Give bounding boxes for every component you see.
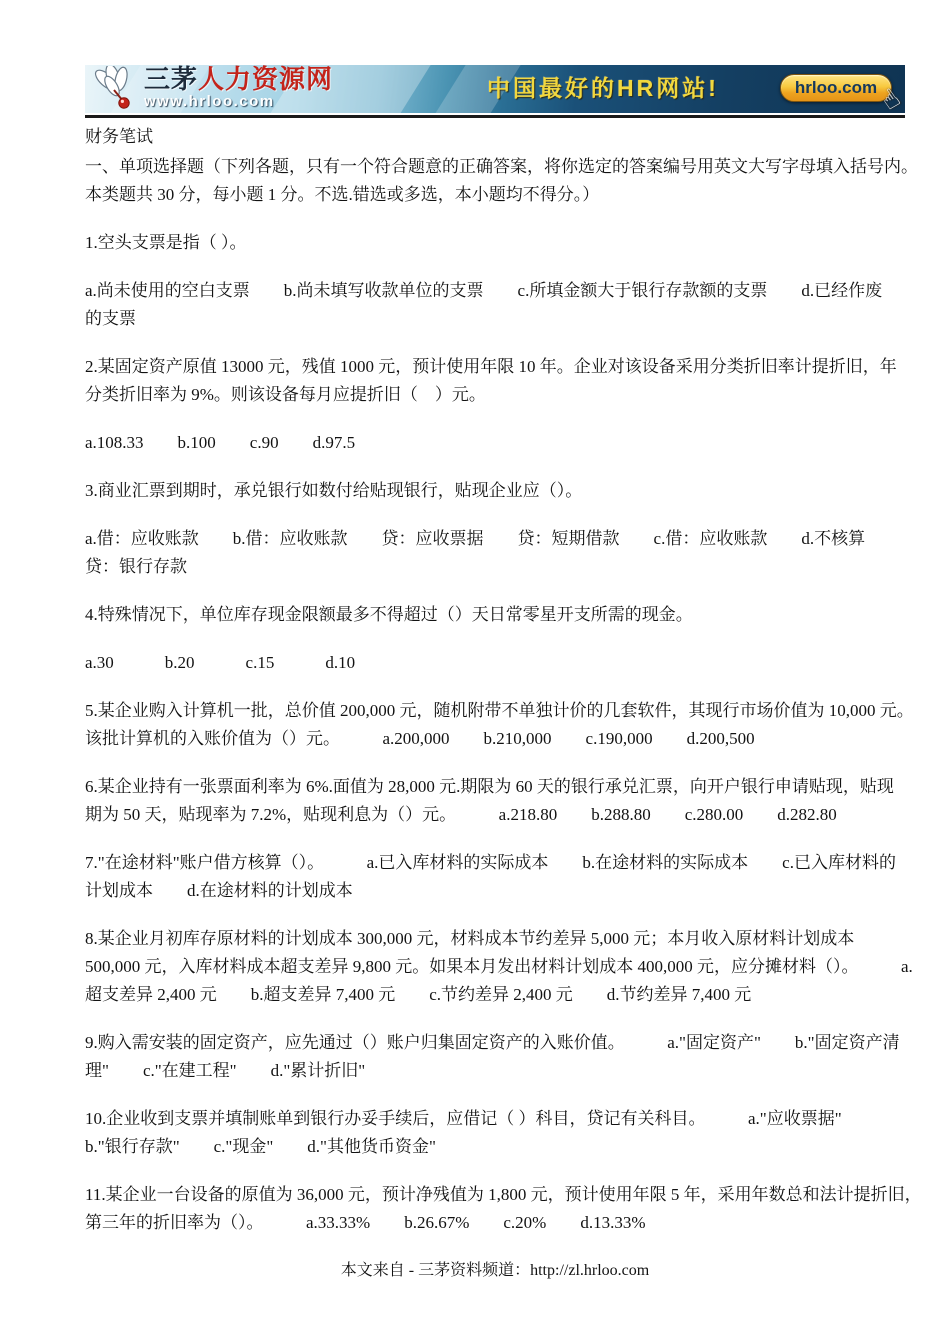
text-line: 期为 50 天，贴现率为 7.2%，贴现利息为（）元。 a.218.80 b.2… bbox=[85, 801, 905, 829]
text-line: 贷：银行存款 bbox=[85, 553, 905, 581]
doc-footer: 本文来自 - 三茅资料频道：http://zl.hrloo.com bbox=[85, 1257, 905, 1285]
text-line: 财务笔试 bbox=[85, 123, 905, 151]
doc-title: 财务笔试 bbox=[85, 123, 905, 151]
text-line: 该批计算机的入账价值为（）元。 a.200,000 b.210,000 c.19… bbox=[85, 725, 905, 753]
question-3-text: 3.商业汇票到期时，承兑银行如数付给贴现银行，贴现企业应（）。 bbox=[85, 477, 905, 505]
text-line: 3.商业汇票到期时，承兑银行如数付给贴现银行，贴现企业应（）。 bbox=[85, 477, 905, 505]
text-line: 1.空头支票是指（ ）。 bbox=[85, 229, 905, 257]
text-line: 计划成本 d.在途材料的计划成本 bbox=[85, 877, 905, 905]
text-line: 的支票 bbox=[85, 305, 905, 333]
question-9-text: 9.购入需安装的固定资产，应先通过（）账户归集固定资产的入账价值。 a."固定资… bbox=[85, 1029, 905, 1085]
question-10-text: 10.企业收到支票并填制账单到银行办妥手续后，应借记（ ）科目，贷记有关科目。 … bbox=[85, 1105, 905, 1161]
hand-pointer-icon: ☝ bbox=[877, 85, 905, 113]
text-line: a.30 b.20 c.15 d.10 bbox=[85, 649, 905, 677]
header-banner[interactable]: 三茅人力资源网 www.hrloo.com 中国最好的HR网站! hrloo.c… bbox=[85, 65, 905, 113]
question-1-text: 1.空头支票是指（ ）。 bbox=[85, 229, 905, 257]
document-page: 三茅人力资源网 www.hrloo.com 中国最好的HR网站! hrloo.c… bbox=[0, 0, 950, 1285]
question-6-text: 6.某企业持有一张票面利率为 6%.面值为 28,000 元.期限为 60 天的… bbox=[85, 773, 905, 829]
question-5-text: 5.某企业购入计算机一批，总价值 200,000 元，随机附带不单独计价的几套软… bbox=[85, 697, 905, 753]
text-line: 6.某企业持有一张票面利率为 6%.面值为 28,000 元.期限为 60 天的… bbox=[85, 773, 905, 801]
question-4-text: 4.特殊情况下，单位库存现金限额最多不得超过（）天日常零星开支所需的现金。 bbox=[85, 601, 905, 629]
question-7-text: 7."在途材料"账户借方核算（）。 a.已入库材料的实际成本 b.在途材料的实际… bbox=[85, 849, 905, 905]
text-line: 5.某企业购入计算机一批，总价值 200,000 元，随机附带不单独计价的几套软… bbox=[85, 697, 905, 725]
question-2-options: a.108.33 b.100 c.90 d.97.5 bbox=[85, 429, 905, 457]
question-8-text: 8.某企业月初库存原材料的计划成本 300,000 元，材料成本节约差异 5,0… bbox=[85, 925, 905, 1009]
question-4-options: a.30 b.20 c.15 d.10 bbox=[85, 649, 905, 677]
logo-title: 三茅人力资源网 bbox=[144, 66, 333, 93]
text-line: 7."在途材料"账户借方核算（）。 a.已入库材料的实际成本 b.在途材料的实际… bbox=[85, 849, 905, 877]
logo-url: www.hrloo.com bbox=[144, 94, 333, 110]
section-instructions: 一、单项选择题（下列各题，只有一个符合题意的正确答案，将你选定的答案编号用英文大… bbox=[85, 153, 905, 209]
text-line: 第三年的折旧率为（）。 a.33.33% b.26.67% c.20% d.13… bbox=[85, 1209, 905, 1237]
text-line: 一、单项选择题（下列各题，只有一个符合题意的正确答案，将你选定的答案编号用英文大… bbox=[85, 153, 905, 181]
text-line: 9.购入需安装的固定资产，应先通过（）账户归集固定资产的入账价值。 a."固定资… bbox=[85, 1029, 905, 1057]
logo-title-red: 人力资源网 bbox=[198, 65, 333, 94]
shuttlecock-icon bbox=[90, 66, 140, 112]
site-logo[interactable]: 三茅人力资源网 www.hrloo.com bbox=[90, 66, 333, 112]
hrloo-button-label: hrloo.com bbox=[795, 78, 877, 97]
text-line: 2.某固定资产原值 13000 元，残值 1000 元，预计使用年限 10 年。… bbox=[85, 353, 905, 381]
text-line: a.尚未使用的空白支票 b.尚未填写收款单位的支票 c.所填金额大于银行存款额的… bbox=[85, 277, 905, 305]
question-1-options: a.尚未使用的空白支票 b.尚未填写收款单位的支票 c.所填金额大于银行存款额的… bbox=[85, 277, 905, 333]
hrloo-button[interactable]: hrloo.com ☝ bbox=[780, 74, 892, 102]
text-line: a.借：应收账款 b.借：应收账款 贷：应收票据 贷：短期借款 c.借：应收账款… bbox=[85, 525, 905, 553]
text-line: 超支差异 2,400 元 b.超支差异 7,400 元 c.节约差异 2,400… bbox=[85, 981, 905, 1009]
text-line: a.108.33 b.100 c.90 d.97.5 bbox=[85, 429, 905, 457]
question-2-text: 2.某固定资产原值 13000 元，残值 1000 元，预计使用年限 10 年。… bbox=[85, 353, 905, 409]
text-line: 500,000 元，入库材料成本超支差异 9,800 元。如果本月发出材料计划成… bbox=[85, 953, 905, 981]
text-line: 理" c."在建工程" d."累计折旧" bbox=[85, 1057, 905, 1085]
logo-text-column: 三茅人力资源网 www.hrloo.com bbox=[144, 66, 333, 110]
text-line: 4.特殊情况下，单位库存现金限额最多不得超过（）天日常零星开支所需的现金。 bbox=[85, 601, 905, 629]
question-3-options: a.借：应收账款 b.借：应收账款 贷：应收票据 贷：短期借款 c.借：应收账款… bbox=[85, 525, 905, 581]
text-line: 10.企业收到支票并填制账单到银行办妥手续后，应借记（ ）科目，贷记有关科目。 … bbox=[85, 1105, 905, 1133]
banner-divider bbox=[85, 115, 905, 118]
text-line: b."银行存款" c."现金" d."其他货币资金" bbox=[85, 1133, 905, 1161]
question-11-text: 11.某企业一台设备的原值为 36,000 元，预计净残值为 1,800 元，预… bbox=[85, 1181, 905, 1237]
logo-title-dark: 三茅 bbox=[144, 65, 198, 94]
text-line: 分类折旧率为 9%。则该设备每月应提折旧（ ）元。 bbox=[85, 381, 905, 409]
text-line: 11.某企业一台设备的原值为 36,000 元，预计净残值为 1,800 元，预… bbox=[85, 1181, 905, 1209]
banner-slogan: 中国最好的HR网站! bbox=[487, 74, 719, 102]
text-line: 8.某企业月初库存原材料的计划成本 300,000 元，材料成本节约差异 5,0… bbox=[85, 925, 905, 953]
text-line: 本类题共 30 分，每小题 1 分。不选.错选或多选，本小题均不得分。） bbox=[85, 181, 905, 209]
doc-body: 财务笔试一、单项选择题（下列各题，只有一个符合题意的正确答案，将你选定的答案编号… bbox=[85, 123, 905, 1237]
